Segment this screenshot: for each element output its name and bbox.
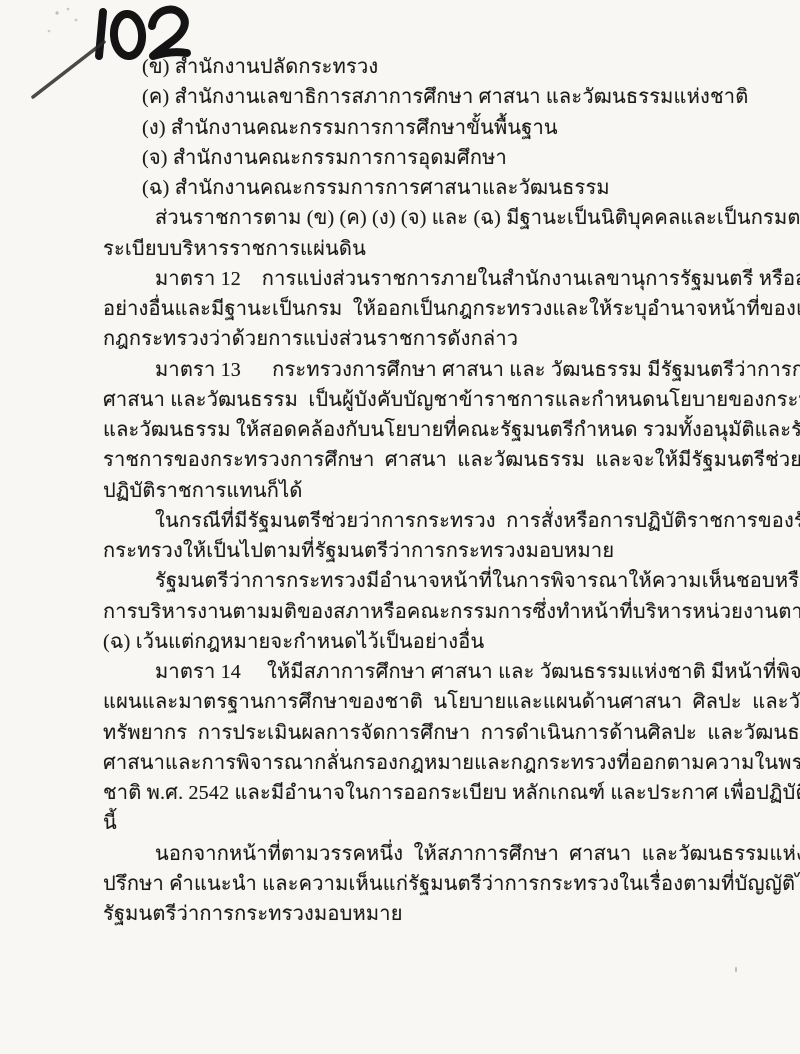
- text-line: ศาสนา และวัฒนธรรม เป็นผู้บังคับบัญชาข้าร…: [103, 385, 755, 415]
- text-line: กฎกระทรวงว่าด้วยการแบ่งส่วนราชการดังกล่า…: [103, 324, 755, 354]
- text-line: ระเบียบบริหารราชการแผ่นดิน: [103, 234, 755, 264]
- section-14: มาตรา 14 ให้มีสภาการศึกษา ศาสนา และ วัฒน…: [103, 657, 755, 839]
- text-line: ในกรณีที่มีรัฐมนตรีช่วยว่าการกระทรวง การ…: [103, 506, 755, 536]
- text-line: ทรัพยากร การประเมินผลการจัดการศึกษา การด…: [103, 718, 755, 748]
- list-item: (ฉ) สำนักงานคณะกรรมการการศาสนาและวัฒนธรร…: [103, 173, 755, 203]
- text-line: นี้: [103, 808, 755, 838]
- section-13-deputy-minister: ในกรณีที่มีรัฐมนตรีช่วยว่าการกระทรวง การ…: [103, 506, 755, 567]
- text-line: ชาติ พ.ศ. 2542 และมีอำนาจในการออกระเบียบ…: [103, 778, 755, 808]
- text-line: การบริหารงานตามมติของสภาหรือคณะกรรมการซึ…: [103, 597, 755, 627]
- text-line: ปฏิบัติราชการแทนก็ได้: [103, 476, 755, 506]
- text-line: (ฉ) เว้นแต่กฎหมายจะกำหนดไว้เป็นอย่างอื่น: [103, 627, 755, 657]
- text-line: ราชการของกระทรวงการศึกษา ศาสนา และวัฒนธร…: [103, 445, 755, 475]
- text-line: แผนและมาตรฐานการศึกษาของชาติ นโยบายและแผ…: [103, 687, 755, 717]
- text-line: นอกจากหน้าที่ตามวรรคหนึ่ง ให้สภาการศึกษา…: [103, 839, 755, 869]
- list-item: (ง) สำนักงานคณะกรรมการการศึกษาขั้นพื้นฐา…: [103, 113, 755, 143]
- text-line: รัฐมนตรีว่าการกระทรวงมอบหมาย: [103, 899, 755, 929]
- scanned-document-page: (ข) สำนักงานปลัดกระทรวง(ค) สำนักงานเลขาธ…: [0, 0, 800, 1054]
- scan-speck: [747, 262, 749, 264]
- text-line: กระทรวงให้เป็นไปตามที่รัฐมนตรีว่าการกระท…: [103, 536, 755, 566]
- list-item: (จ) สำนักงานคณะกรรมการการอุดมศึกษา: [103, 143, 755, 173]
- document-body: (ข) สำนักงานปลัดกระทรวง(ค) สำนักงานเลขาธ…: [103, 52, 755, 929]
- text-line: มาตรา 12 การแบ่งส่วนราชการภายในสำนักงานเ…: [103, 264, 755, 294]
- section-13-minister-powers: รัฐมนตรีว่าการกระทรวงมีอำนาจหน้าที่ในการ…: [103, 566, 755, 657]
- text-line: มาตรา 13 กระทรวงการศึกษา ศาสนา และ วัฒนธ…: [103, 355, 755, 385]
- text-line: ส่วนราชการตาม (ข) (ค) (ง) (จ) และ (ฉ) มี…: [103, 203, 755, 233]
- text-line: ศาสนาและการพิจารณากลั่นกรองกฎหมายและกฎกร…: [103, 748, 755, 778]
- scan-speck: [735, 967, 737, 972]
- section-13: มาตรา 13 กระทรวงการศึกษา ศาสนา และ วัฒนธ…: [103, 355, 755, 506]
- pen-slash-mark: [33, 42, 104, 97]
- text-line: รัฐมนตรีว่าการกระทรวงมีอำนาจหน้าที่ในการ…: [103, 566, 755, 596]
- text-line: และวัฒนธรรม ให้สอดคล้องกับนโยบายที่คณะรั…: [103, 415, 755, 445]
- list-item: (ข) สำนักงานปลัดกระทรวง: [103, 52, 755, 82]
- sub-agency-list: (ข) สำนักงานปลัดกระทรวง(ค) สำนักงานเลขาธ…: [103, 52, 755, 203]
- section-12: มาตรา 12 การแบ่งส่วนราชการภายในสำนักงานเ…: [103, 264, 755, 355]
- list-item: (ค) สำนักงานเลขาธิการสภาการศึกษา ศาสนา แ…: [103, 82, 755, 112]
- text-line: มาตรา 14 ให้มีสภาการศึกษา ศาสนา และ วัฒน…: [103, 657, 755, 687]
- section-14-advisory-duty: นอกจากหน้าที่ตามวรรคหนึ่ง ให้สภาการศึกษา…: [103, 839, 755, 930]
- text-line: ปรึกษา คำแนะนำ และความเห็นแก่รัฐมนตรีว่า…: [103, 869, 755, 899]
- paragraph-legal-status: ส่วนราชการตาม (ข) (ค) (ง) (จ) และ (ฉ) มี…: [103, 203, 755, 264]
- text-line: อย่างอื่นและมีฐานะเป็นกรม ให้ออกเป็นกฎกร…: [103, 294, 755, 324]
